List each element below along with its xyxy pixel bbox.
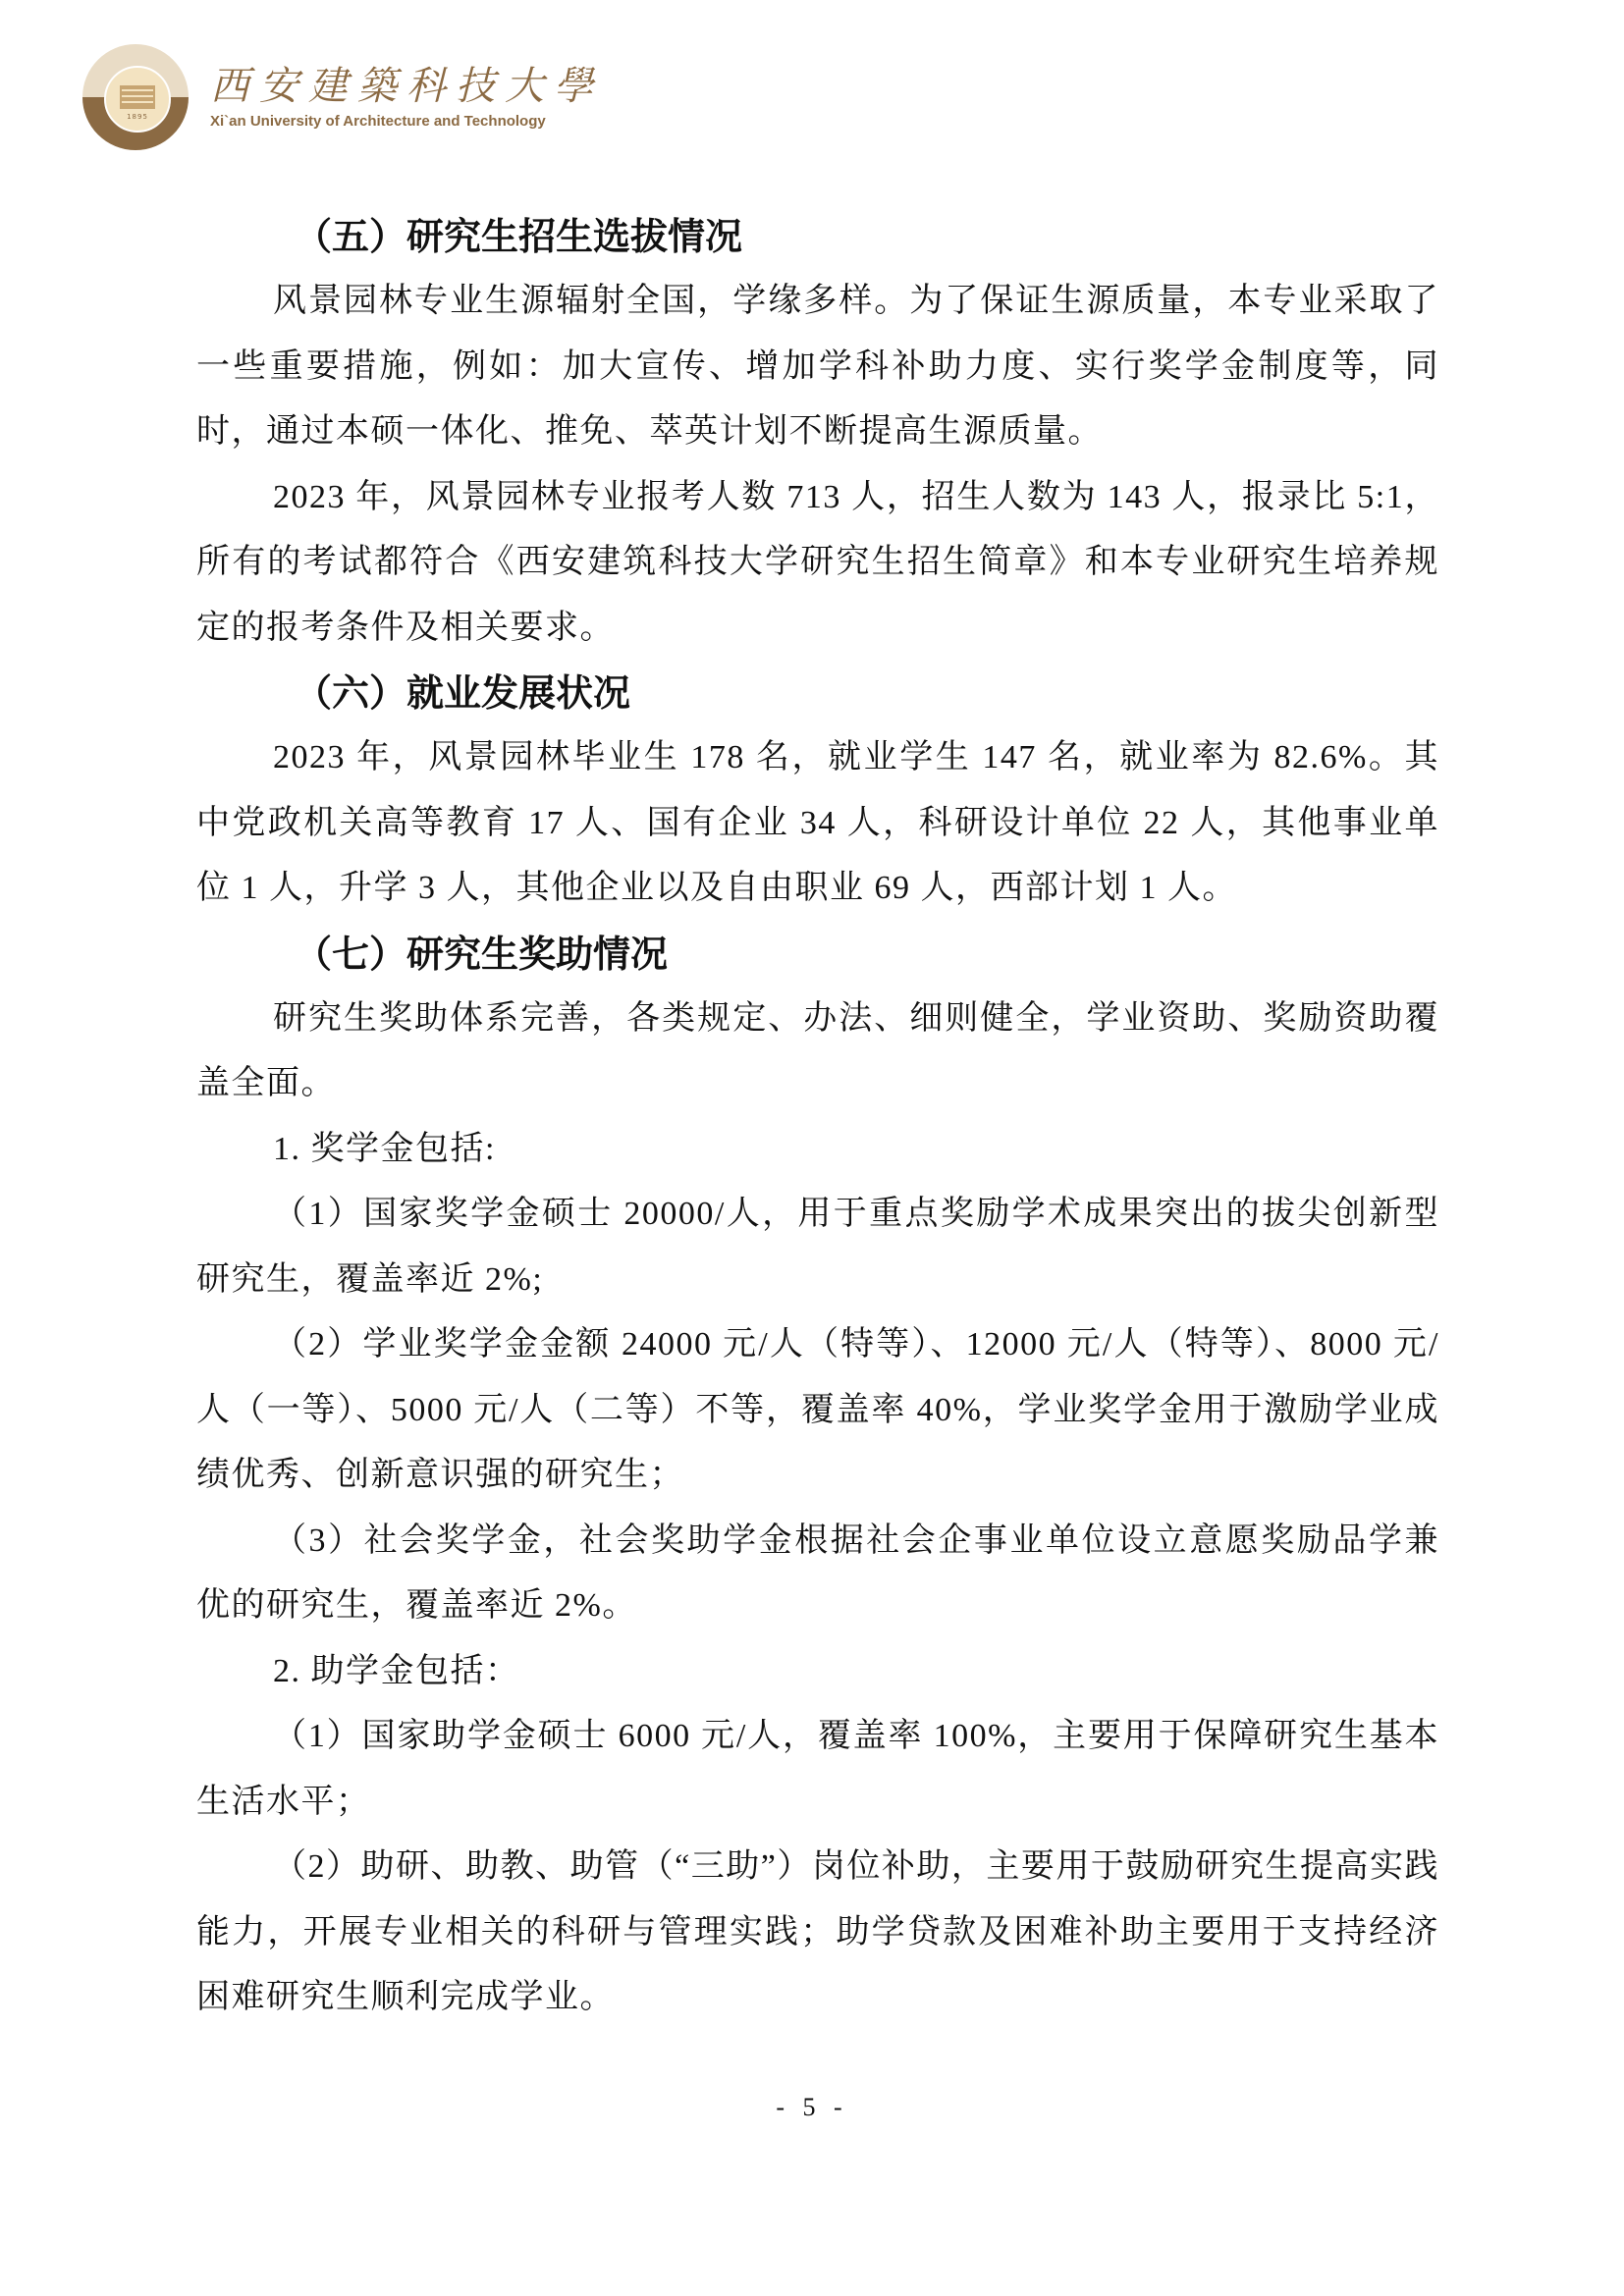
page-number: - 5 -: [0, 2093, 1624, 2122]
list-item: （3）社会奖学金，社会奖助学金根据社会企事业单位设立意愿奖励品学兼优的研究生，覆…: [196, 1509, 1439, 1639]
seal-year: 1895: [106, 113, 169, 121]
list-heading-scholarships: 1. 奖学金包括:: [196, 1117, 1439, 1183]
paragraph: 研究生奖助体系完善，各类规定、办法、细则健全，学业资助、奖励资助覆盖全面。: [196, 987, 1439, 1117]
paragraph: 2023 年，风景园林毕业生 178 名，就业学生 147 名，就业率为 82.…: [196, 725, 1439, 922]
university-name-cn: 西安建築科技大學: [210, 62, 603, 111]
list-item: （1）国家奖学金硕士 20000/人，用于重点奖励学术成果突出的拔尖创新型研究生…: [196, 1182, 1439, 1312]
university-seal-logo: 1895: [82, 44, 189, 150]
document-body: （五）研究生招生选拔情况 风景园林专业生源辐射全国，学缘多样。为了保证生源质量，…: [196, 204, 1439, 2031]
university-name-en: Xi`an University of Architecture and Tec…: [210, 111, 603, 133]
list-heading-grants: 2. 助学金包括：: [196, 1639, 1439, 1705]
list-item: （2）助研、助教、助管（“三助”）岗位补助，主要用于鼓励研究生提高实践能力，开展…: [196, 1835, 1439, 2031]
section-heading-7: （七）研究生奖助情况: [196, 922, 1439, 987]
list-item: （2）学业奖学金金额 24000 元/人（特等）、12000 元/人（特等）、8…: [196, 1312, 1439, 1509]
brand-text: 西安建築科技大學 Xi`an University of Architectur…: [210, 62, 603, 133]
list-item: （1）国家助学金硕士 6000 元/人，覆盖率 100%，主要用于保障研究生基本…: [196, 1704, 1439, 1835]
section-heading-5: （五）研究生招生选拔情况: [196, 204, 1439, 269]
building-icon: [120, 85, 155, 109]
university-header: 1895 西安建築科技大學 Xi`an University of Archit…: [82, 43, 603, 151]
seal-inner: 1895: [104, 66, 171, 133]
section-heading-6: （六）就业发展状况: [196, 661, 1439, 725]
paragraph: 风景园林专业生源辐射全国，学缘多样。为了保证生源质量，本专业采取了一些重要措施，…: [196, 269, 1439, 465]
paragraph: 2023 年，风景园林专业报考人数 713 人，招生人数为 143 人，报录比 …: [196, 465, 1439, 662]
